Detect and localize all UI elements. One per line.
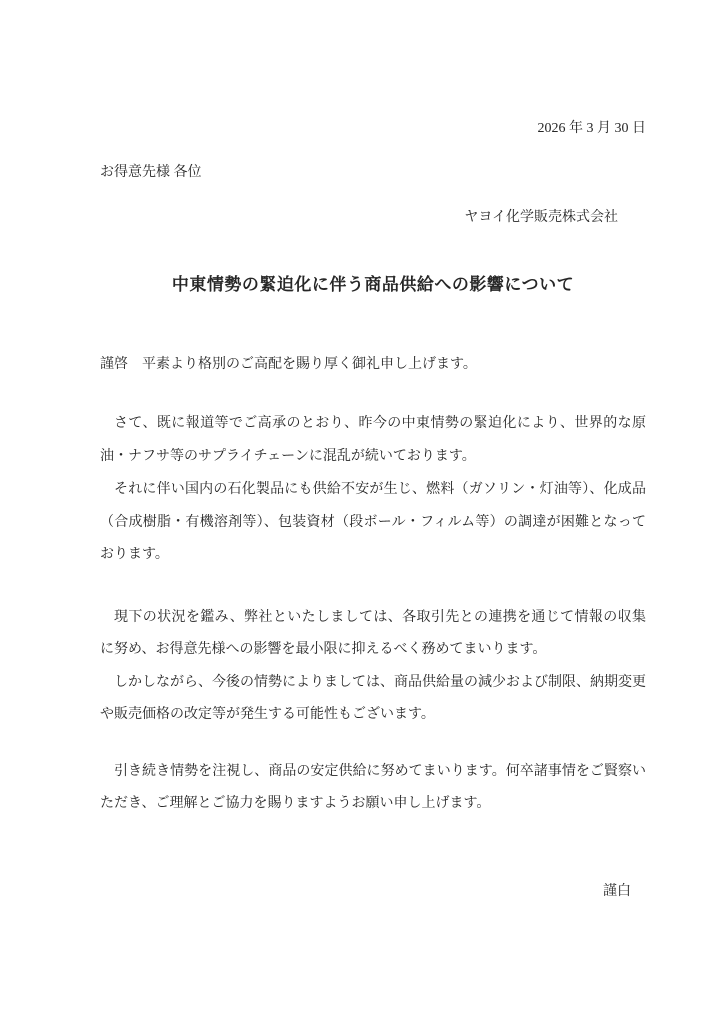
recipient-line: お得意先様 各位 xyxy=(100,162,646,184)
body-paragraph-2: それに伴い国内の石化製品にも供給不安が生じ、燃料（ガソリン・灯油等）、化成品（合… xyxy=(100,474,646,572)
body-paragraph-5: 引き続き情勢を注視し、商品の安定供給に努めてまいります。何卒諸事情をご賢察いただ… xyxy=(100,756,646,821)
letter-content: 2026 年 3 月 30 日 お得意先様 各位 ヤヨイ化学販売株式会社 中東情… xyxy=(100,0,646,903)
body-paragraph-4: しかしながら、今後の情勢によりましては、商品供給量の減少および制限、納期変更や販… xyxy=(100,667,646,732)
body-paragraph-1: さて、既に報道等でご高承のとおり、昨今の中東情勢の緊迫化により、世界的な原油・ナ… xyxy=(100,408,646,473)
sender-company-line: ヤヨイ化学販売株式会社 xyxy=(100,207,646,229)
date-line: 2026 年 3 月 30 日 xyxy=(100,118,646,140)
document-title: 中東情勢の緊迫化に伴う商品供給への影響について xyxy=(100,273,646,297)
salutation-line: 謹啓 平素より格別のご高配を賜り厚く御礼申し上げます。 xyxy=(100,354,646,376)
closing-line: 謹白 xyxy=(100,881,646,903)
document-page: 2026 年 3 月 30 日 お得意先様 各位 ヤヨイ化学販売株式会社 中東情… xyxy=(0,0,724,1024)
body-paragraph-3: 現下の状況を鑑み、弊社といたしましては、各取引先との連携を通じて情報の収集に努め… xyxy=(100,602,646,667)
